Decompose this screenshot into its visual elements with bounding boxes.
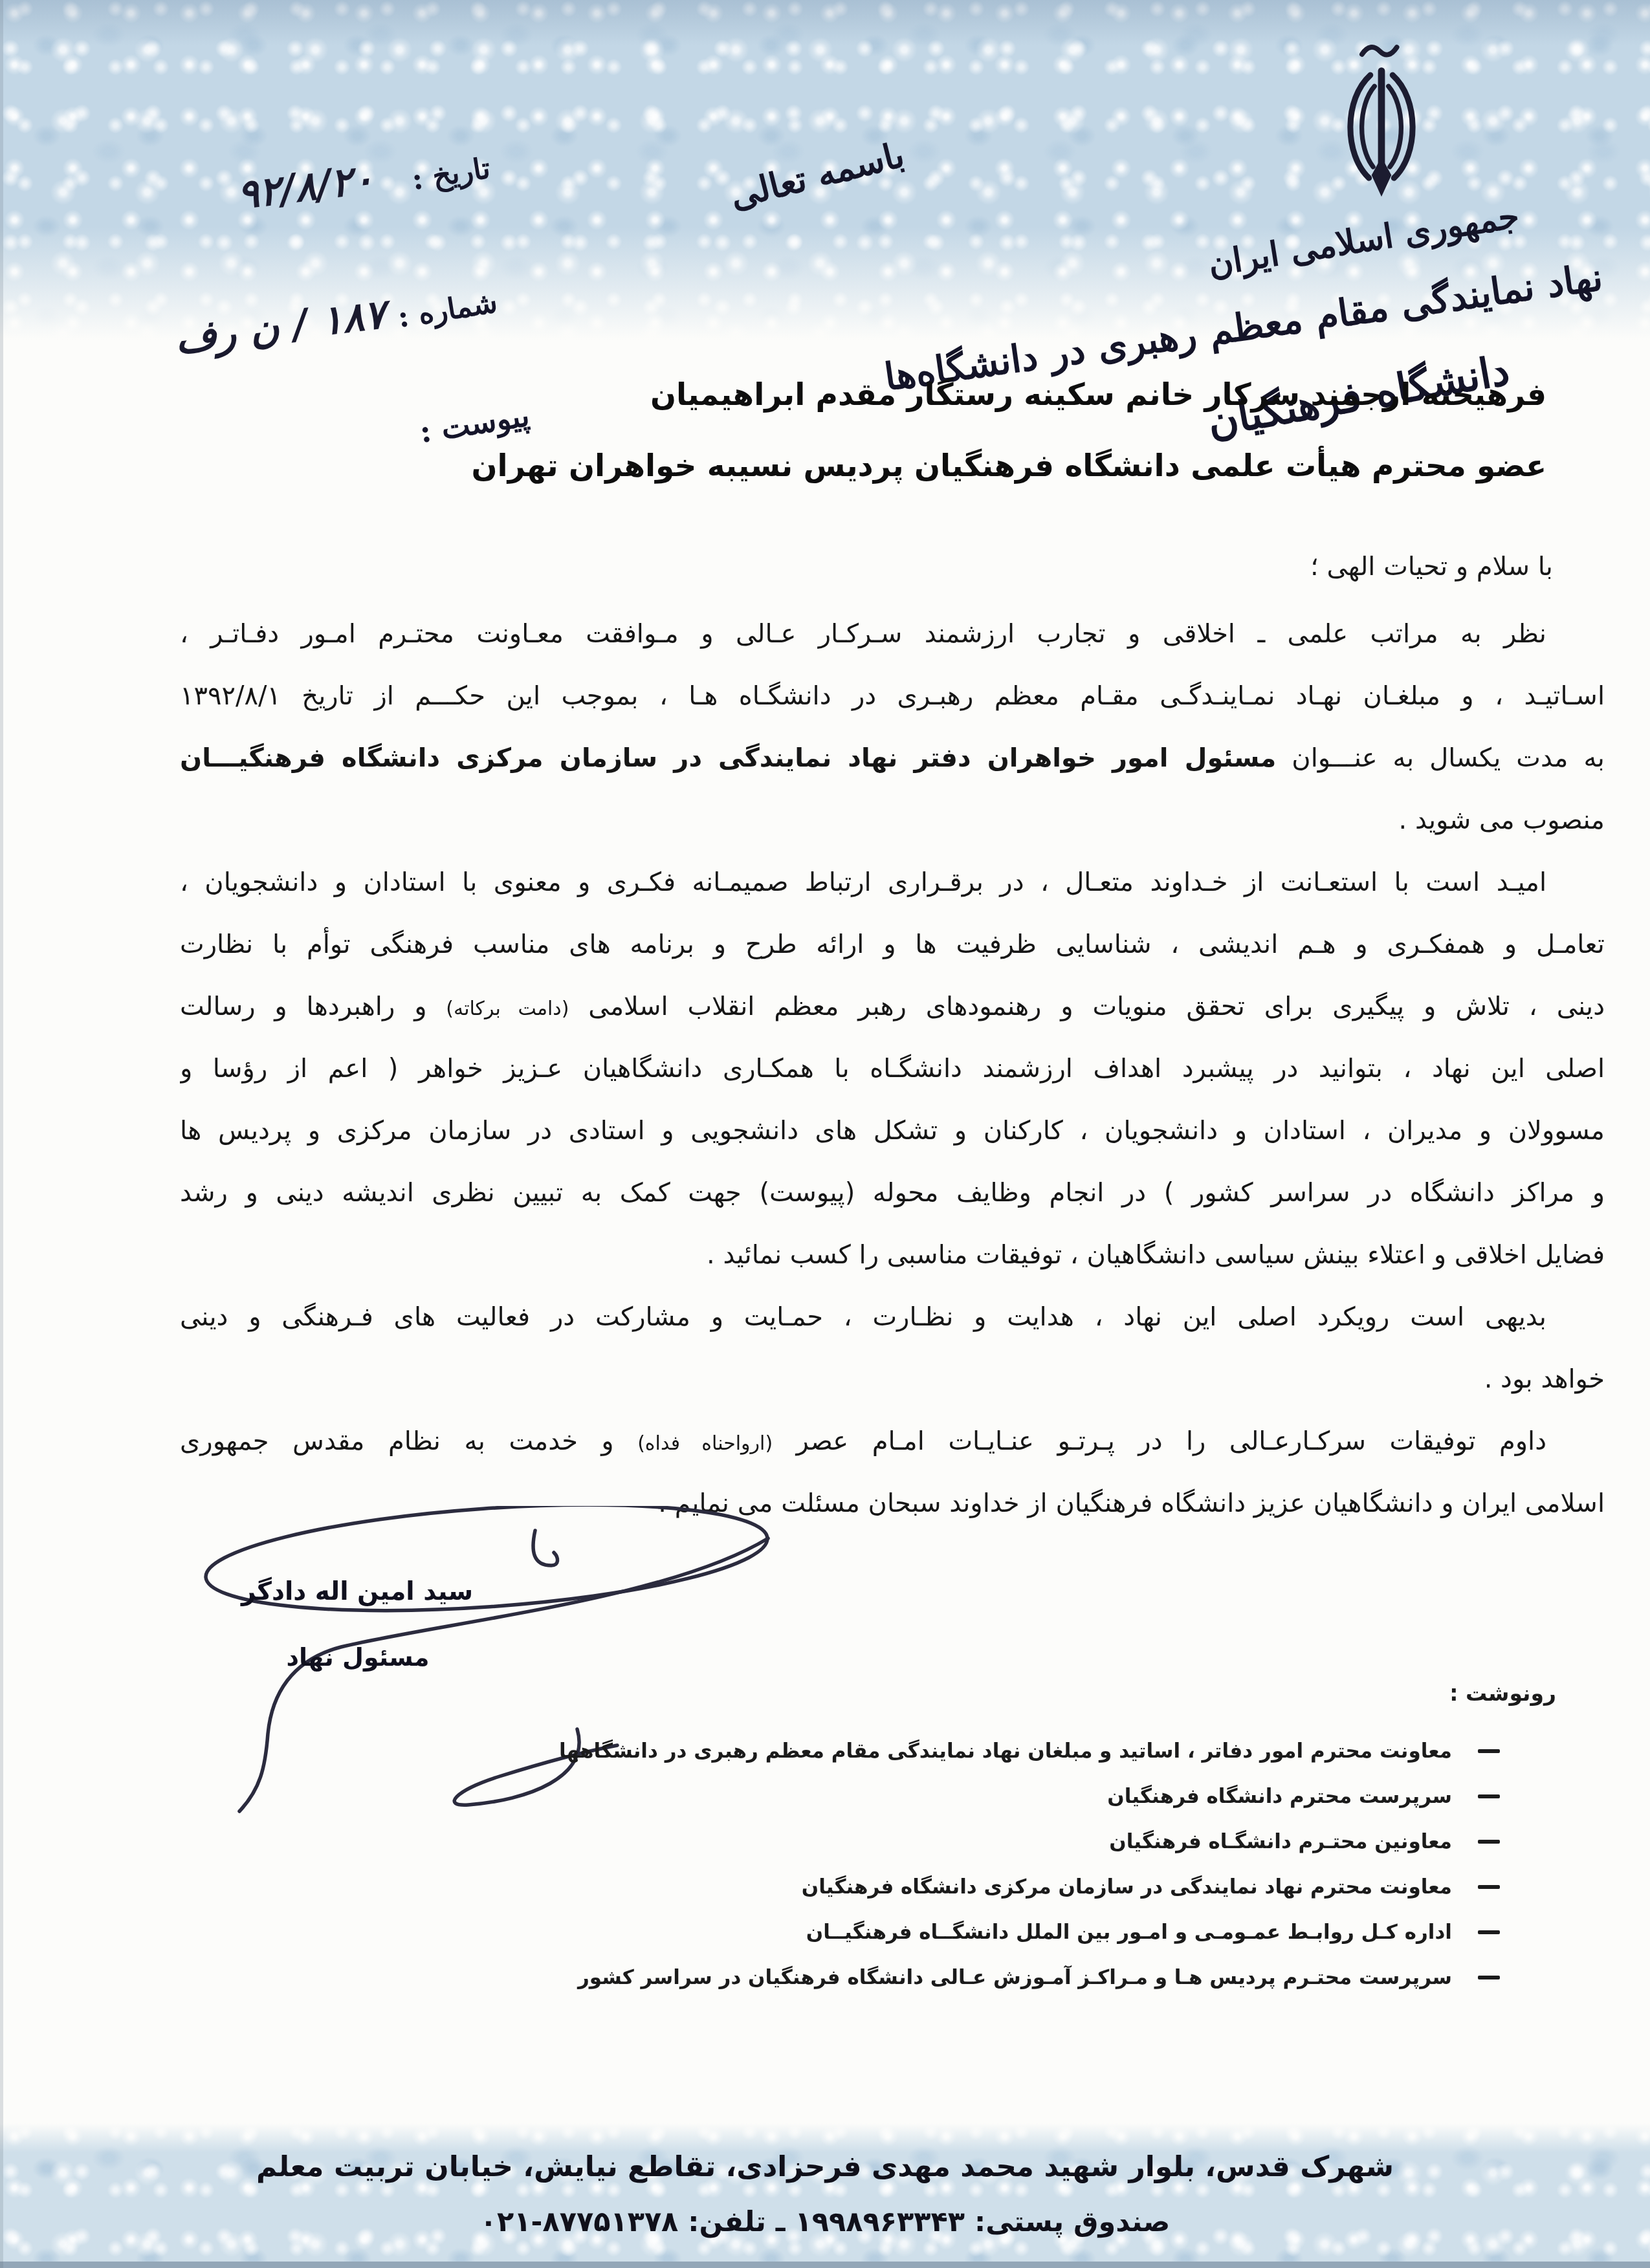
body-line: نظر به مراتب علمی ـ اخلاقی و تجارب ارزشم…: [180, 603, 1605, 665]
body-segment: (دامت برکاته): [446, 998, 569, 1020]
body-segment: دینی ، تلاش و پیگیری برای تحقق منویات و …: [569, 992, 1605, 1021]
body-line: مسوولان و مدیران ، استادان و دانشجویان ،…: [180, 1100, 1605, 1162]
iran-emblem-icon: [1338, 38, 1425, 204]
body-segment: بدیهی است رویکرد اصلی این نهاد ، هدایت و…: [180, 1302, 1546, 1332]
body-segment: فضایل اخلاقی و اعتلاء بینش سیاسی دانشگاه…: [707, 1240, 1605, 1270]
appointment-position-bold: مسئول امور خواهران دفتر نهاد نمایندگی در…: [180, 743, 1276, 773]
body-line: بدیهی است رویکرد اصلی این نهاد ، هدایت و…: [180, 1286, 1605, 1348]
body-line: داوم توفیقات سرکـارعـالی را در پـرتـو عن…: [180, 1410, 1605, 1472]
salutation-line: با سلام و تحیات الهی ؛: [1310, 552, 1553, 582]
recipient-name-line: فرهیخته ارجمند سرکار خانم سکینه رستگار م…: [650, 377, 1546, 413]
footer-pattern-band: شهرک قدس، بلوار شهید محمد مهدی فرحزادی، …: [0, 2123, 1650, 2268]
cc-item: معاونت محترم نهاد نمایندگی در سازمان مرک…: [168, 1864, 1500, 1910]
cc-item-text: معاونت محترم امور دفاتر ، اساتید و مبلغا…: [559, 1739, 1452, 1763]
footer-address: شهرک قدس، بلوار شهید محمد مهدی فرحزادی، …: [0, 2150, 1650, 2183]
body-segment: مسوولان و مدیران ، استادان و دانشجویان ،…: [180, 1116, 1605, 1146]
body-segment: اسلامی ایران و دانشگاهیان عزیز دانشگاه ف…: [658, 1488, 1605, 1518]
body-segment: و خدمت به نظام مقدس جمهوری: [180, 1426, 637, 1456]
cc-item: معاونت محترم امور دفاتر ، اساتید و مبلغا…: [168, 1728, 1500, 1774]
cc-item: اداره کـل روابـط عمـومـی و امـور بین الم…: [168, 1910, 1500, 1955]
body-line: به مدت یکسال به عنـــوان مسئول امور خواه…: [180, 727, 1605, 789]
body-segment: منصوب می شوید .: [1399, 805, 1605, 835]
body-line: اسـاتیـد ، و مبلغـان نهـاد نمـاینـدگـی م…: [180, 665, 1605, 727]
dash-bullet-icon: [1478, 1794, 1500, 1798]
body-segment: خواهد بود .: [1484, 1364, 1605, 1394]
body-segment: به مدت یکسال به عنـــوان: [1276, 743, 1605, 773]
body-line: تعامـل و همفکـری و هـم اندیشی ، شناسایی …: [180, 913, 1605, 976]
body-segment: اصلی این نهاد ، بتوانید در پیشبرد اهداف …: [180, 1054, 1605, 1084]
body-lines: نظر به مراتب علمی ـ اخلاقی و تجارب ارزشم…: [180, 603, 1605, 1534]
body-line: دینی ، تلاش و پیگیری برای تحقق منویات و …: [180, 976, 1605, 1038]
cc-item: معاونین محتـرم دانشگـاه فرهنگیان: [168, 1819, 1500, 1864]
dash-bullet-icon: [1478, 1840, 1500, 1844]
recipient-title-line: عضو محترم هیأت علمی دانشگاه فرهنگیان پرد…: [471, 448, 1546, 484]
cc-item-text: سرپرست محتـرم پردیس هـا و مـراکـز آمـوزش…: [578, 1966, 1452, 1989]
cc-item: سرپرست محتـرم پردیس هـا و مـراکـز آمـوزش…: [168, 1955, 1500, 2000]
body-segment: داوم توفیقات سرکـارعـالی را در پـرتـو عن…: [773, 1426, 1546, 1456]
dash-bullet-icon: [1478, 1885, 1500, 1889]
cc-item-text: اداره کـل روابـط عمـومـی و امـور بین الم…: [806, 1921, 1452, 1944]
body-line: منصوب می شوید .: [180, 789, 1605, 851]
dash-bullet-icon: [1478, 1976, 1500, 1979]
signatory-name: سید امین اله دادگر: [234, 1577, 480, 1606]
cc-label: رونوشت :: [1449, 1681, 1556, 1706]
iran-emblem-svg: [1338, 38, 1425, 204]
cc-item: سرپرست محترم دانشگاه فرهنگیان: [168, 1774, 1500, 1819]
body-segment: و مراکز دانشگاه در سراسر کشور ) در انجام…: [180, 1178, 1605, 1208]
body-segment: نظر به مراتب علمی ـ اخلاقی و تجارب ارزشم…: [180, 619, 1546, 649]
footer-contact: صندوق پستی: ۱۹۹۸۹۶۳۳۴۳ ـ تلفن: ۸۷۷۵۱۳۷۸-…: [0, 2206, 1650, 2238]
body-segment: امیـد است با استعـانت از خـداوند متعـال …: [180, 867, 1546, 897]
scan-edge-bottom: [0, 2262, 1650, 2268]
body-segment: (ارواحناه فداه): [637, 1432, 773, 1455]
body-line: فضایل اخلاقی و اعتلاء بینش سیاسی دانشگاه…: [180, 1224, 1605, 1286]
cc-list: معاونت محترم امور دفاتر ، اساتید و مبلغا…: [168, 1728, 1500, 2000]
body-segment: اسـاتیـد ، و مبلغـان نهـاد نمـاینـدگـی م…: [180, 681, 1605, 711]
body-segment: تعامـل و همفکـری و هـم اندیشی ، شناسایی …: [180, 930, 1605, 959]
body-line: و مراکز دانشگاه در سراسر کشور ) در انجام…: [180, 1162, 1605, 1224]
signatory-title: مسئول نهاد: [270, 1643, 445, 1672]
body-line: اصلی این نهاد ، بتوانید در پیشبرد اهداف …: [180, 1038, 1605, 1100]
cc-item-text: معاونت محترم نهاد نمایندگی در سازمان مرک…: [802, 1875, 1452, 1899]
cc-item-text: سرپرست محترم دانشگاه فرهنگیان: [1107, 1785, 1452, 1808]
scan-edge-left: [0, 0, 3, 2268]
dash-bullet-icon: [1478, 1930, 1500, 1934]
dash-bullet-icon: [1478, 1749, 1500, 1753]
body-line: خواهد بود .: [180, 1348, 1605, 1410]
scanned-letter-page: جمهوری اسلامی ایران نهاد نمایندگی مقام م…: [0, 0, 1650, 2268]
attachment-label: پیوست :: [417, 398, 532, 450]
cc-item-text: معاونین محتـرم دانشگـاه فرهنگیان: [1109, 1830, 1452, 1853]
body-segment: و راهبردها و رسالت: [180, 992, 446, 1021]
body-line: امیـد است با استعـانت از خـداوند متعـال …: [180, 851, 1605, 913]
